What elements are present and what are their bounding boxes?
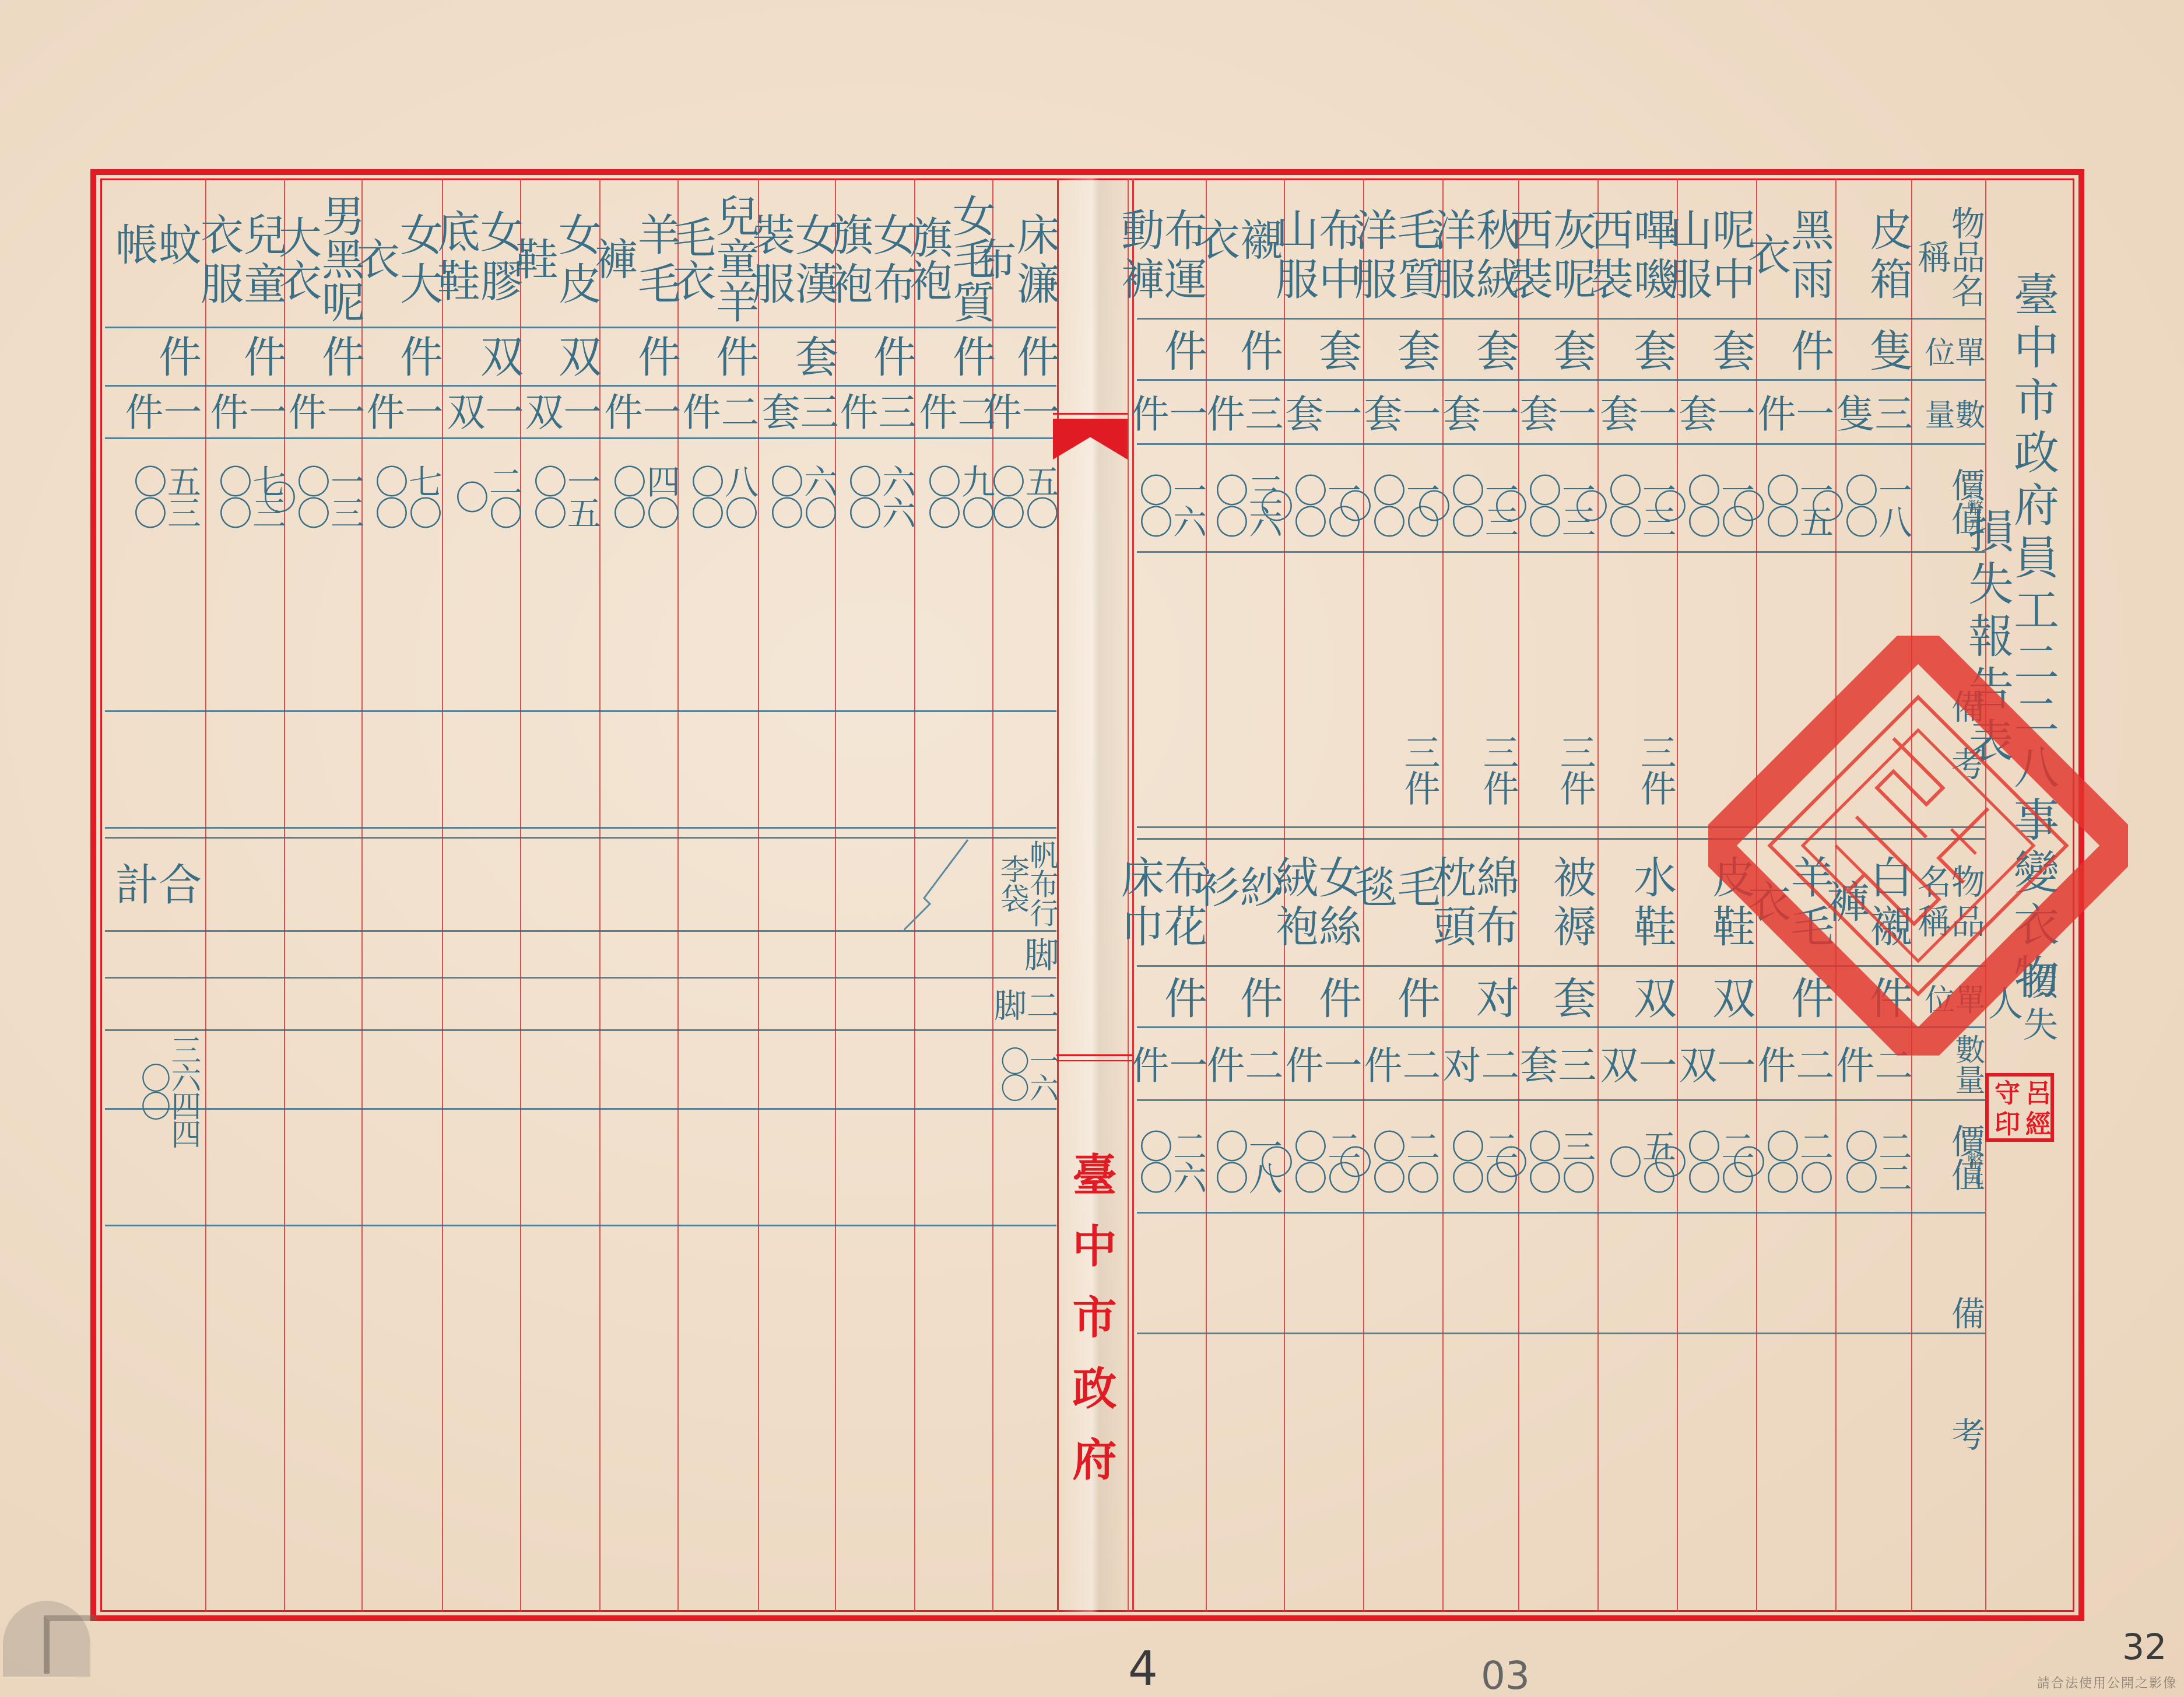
header-quantity: 數量	[1918, 385, 1982, 443]
header-name: 物品名稱	[1918, 198, 1982, 315]
header-value-unit-lower: 台幣元	[1947, 1120, 1982, 1201]
usage-watermark: 請合法使用公開之影像	[2037, 1673, 2177, 1691]
page-mark-right: 32	[2122, 1627, 2167, 1668]
official-seal-stamp	[1708, 636, 2128, 1056]
page-mark-left: 4	[1128, 1642, 1158, 1696]
header-value-unit: 台幣元	[1947, 467, 1982, 548]
claimant-seal: 呂 經 守 印	[1985, 1073, 2054, 1142]
total-label: 合計	[117, 851, 198, 927]
total-value: 三六四四〇〇	[117, 1032, 198, 1149]
gutter-title: 臺中市政府	[1070, 1073, 1123, 1586]
page-mark-middle: 03	[1481, 1653, 1530, 1697]
gutter-title-rule-2	[1056, 1060, 1132, 1061]
header-remarks-lower: 備考	[1918, 1254, 1982, 1580]
gutter-title-rule	[1056, 1054, 1132, 1056]
book-icon	[44, 1615, 96, 1674]
fishtail-rule	[1053, 413, 1128, 415]
header-unit: 單位	[1918, 324, 1982, 379]
strike-mark	[904, 834, 974, 933]
